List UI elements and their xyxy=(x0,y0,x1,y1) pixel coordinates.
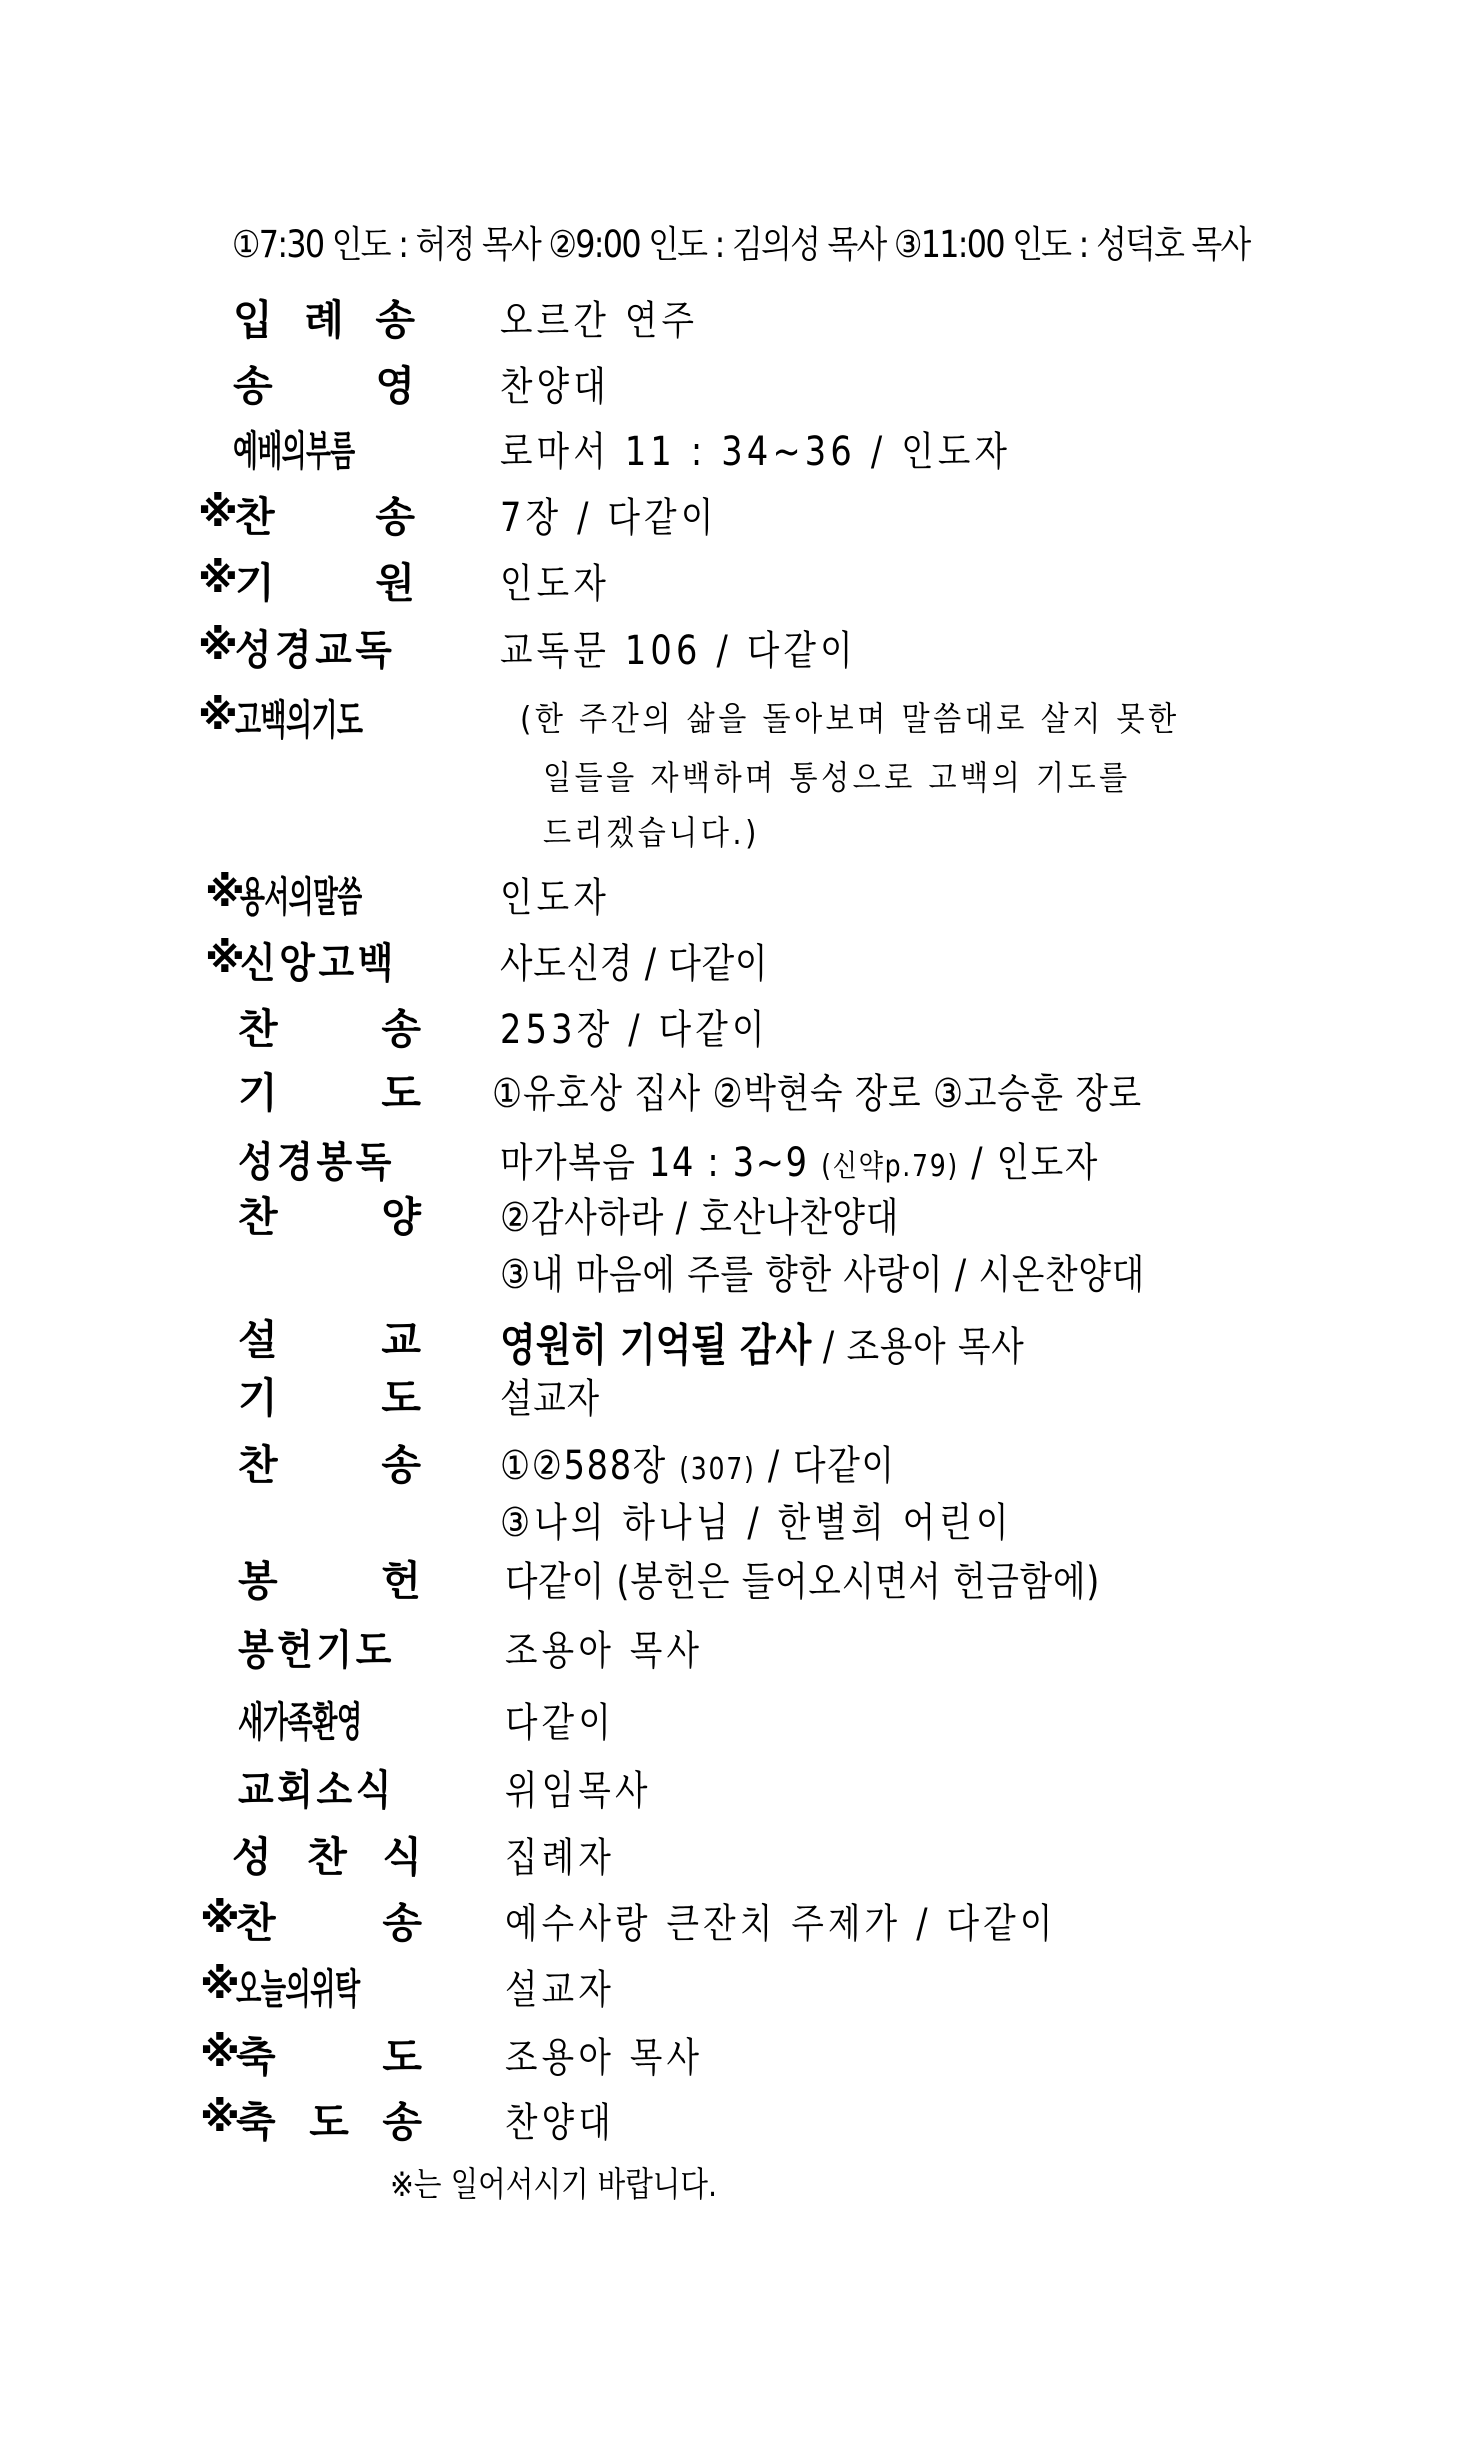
item-label: 봉 헌 xyxy=(238,1548,421,1607)
item-value: 조용아 목사 xyxy=(505,1619,703,1676)
item-value: 7장 / 다같이 xyxy=(500,486,717,543)
item-label: 고백의기도 xyxy=(235,687,362,746)
item-value: ①유호상 집사 ②박현숙 장로 ③고승훈 장로 xyxy=(492,1062,1142,1119)
item-label: 성 찬 식 xyxy=(232,1824,422,1883)
item-label: 설 교 xyxy=(238,1307,421,1366)
item-value: 교독문 106 / 다같이 xyxy=(500,619,857,676)
item-label: 찬 송 xyxy=(238,996,421,1055)
worship-item-prayer-of-confession: ※ 고백의기도 (한 주간의 삶을 돌아보며 말씀대로 살지 못한 xyxy=(0,681,1476,741)
worship-item-creed: ※ 신앙고백 사도신경 / 다같이 xyxy=(0,924,1476,984)
item-label: 교회소식 xyxy=(238,1757,395,1816)
worship-item-hymn: 찬 송 253장 / 다같이 xyxy=(0,990,1476,1050)
worship-item-hymn-after-sermon: 찬 송 ①②588장 (307) / 다같이 xyxy=(0,1426,1476,1486)
item-label: 기 도 xyxy=(238,1365,421,1424)
item-value: 인도자 xyxy=(500,552,610,609)
item-label: 봉헌기도 xyxy=(238,1617,395,1676)
item-value: 사도신경 / 다같이 xyxy=(500,932,768,989)
worship-item-responsive-reading: ※ 성경교독 교독문 106 / 다같이 xyxy=(0,611,1476,671)
item-value-continuation: ③나의 하나님 / 한별희 어린이 xyxy=(500,1491,1013,1548)
service-times-header: ①7:30 인도 : 허정 목사 ②9:00 인도 : 김의성 목사 ③11:0… xyxy=(232,214,1250,268)
worship-item-invocation: ※ 기 원 인도자 xyxy=(0,544,1476,604)
item-label: 찬 송 xyxy=(235,484,415,543)
item-value: 위임목사 xyxy=(505,1759,652,1816)
item-value: 설교자 xyxy=(500,1367,600,1424)
item-label: 찬 송 xyxy=(236,1890,422,1949)
item-value: 집례자 xyxy=(505,1826,615,1883)
worship-item-announcements: 교회소식 위임목사 xyxy=(0,1751,1476,1811)
standing-mark-icon: ※ xyxy=(198,488,238,536)
worship-item-call-to-worship: 예배의부름 로마서 11 : 34~36 / 인도자 xyxy=(0,412,1476,472)
worship-item-commission: ※ 오늘의위탁 설교자 xyxy=(0,1950,1476,2010)
standing-mark-icon: ※ xyxy=(200,2028,240,2076)
item-value: ②감사하라 / 호산나찬양대 xyxy=(500,1186,899,1243)
item-value: 로마서 11 : 34~36 / 인도자 xyxy=(500,420,1011,477)
worship-item-communion: 성 찬 식 집례자 xyxy=(0,1818,1476,1878)
item-value: (한 주간의 삶을 돌아보며 말씀대로 살지 못한 xyxy=(520,693,1180,740)
standing-mark-icon: ※ xyxy=(200,1960,240,2008)
worship-item-prayer-after-sermon: 기 도 설교자 xyxy=(0,1359,1476,1419)
item-value: 설교자 xyxy=(505,1958,615,2015)
worship-item-words-of-forgiveness: ※ 용서의말씀 인도자 xyxy=(0,858,1476,918)
worship-item-offering-prayer: 봉헌기도 조용아 목사 xyxy=(0,1611,1476,1671)
item-value: 253장 / 다같이 xyxy=(500,998,769,1055)
worship-item-doxology: 송 영 찬양대 xyxy=(0,347,1476,407)
item-value: 조용아 목사 xyxy=(505,2026,703,2083)
item-label: 용서의말씀 xyxy=(240,864,362,923)
standing-mark-icon: ※ xyxy=(198,691,238,739)
worship-item-benediction: ※ 축 도 조용아 목사 xyxy=(0,2018,1476,2078)
item-value: 인도자 xyxy=(500,866,610,923)
item-label: 오늘의위탁 xyxy=(236,1956,360,2015)
item-label: 기 도 xyxy=(238,1060,421,1119)
worship-item-closing-hymn: ※ 찬 송 예수사랑 큰잔치 주제가 / 다같이 xyxy=(0,1884,1476,1944)
standing-mark-icon: ※ xyxy=(200,1894,240,1942)
item-label: 축 도 xyxy=(236,2024,422,2083)
worship-item-hymn-standing: ※ 찬 송 7장 / 다같이 xyxy=(0,478,1476,538)
worship-item-processional: 입 례 송 오르간 연주 xyxy=(0,281,1476,341)
item-label: 기 원 xyxy=(235,550,415,609)
item-value: 예수사랑 큰잔치 주제가 / 다같이 xyxy=(505,1892,1057,1949)
worship-item-offering: 봉 헌 다같이 (봉헌은 들어오시면서 헌금함에) xyxy=(0,1542,1476,1602)
item-label: 찬 송 xyxy=(238,1432,421,1491)
item-value: 찬양대 xyxy=(505,2091,615,2148)
item-value: 다같이 (봉헌은 들어오시면서 헌금함에) xyxy=(505,1550,1100,1607)
worship-item-sermon: 설 교 영원히 기억될 감사 / 조용아 목사 xyxy=(0,1301,1476,1361)
item-value: ①②588장 (307) / 다같이 xyxy=(500,1434,896,1491)
worship-item-prayer: 기 도 ①유호상 집사 ②박현숙 장로 ③고승훈 장로 xyxy=(0,1054,1476,1114)
item-value-continuation: ③내 마음에 주를 향한 사랑이 / 시온찬양대 xyxy=(500,1243,1145,1300)
standing-mark-icon: ※ xyxy=(200,2093,240,2141)
standing-mark-icon: ※ xyxy=(205,934,245,982)
worship-item-benediction-song: ※ 축 도 송 찬양대 xyxy=(0,2083,1476,2143)
item-label: 신앙고백 xyxy=(240,930,397,989)
worship-item-anthem: 찬 양 ②감사하라 / 호산나찬양대 xyxy=(0,1178,1476,1238)
item-label: 축 도 송 xyxy=(236,2089,422,2148)
item-label: 새가족환영 xyxy=(238,1689,362,1748)
worship-item-scripture-reading: 성경봉독 마가복음 14 : 3~9 (신약p.79) / 인도자 xyxy=(0,1123,1476,1183)
item-label: 성경교독 xyxy=(235,617,395,676)
item-label: 예배의부름 xyxy=(233,418,355,477)
item-value-continuation: 일들을 자백하며 통성으로 고백의 기도를 xyxy=(543,752,1131,799)
item-label: 입 례 송 xyxy=(233,287,415,346)
standing-mark-icon: ※ xyxy=(205,868,245,916)
standing-mark-icon: ※ xyxy=(198,554,238,602)
item-value: 다같이 xyxy=(505,1691,615,1748)
item-label: 찬 양 xyxy=(238,1184,421,1243)
worship-item-new-family-welcome: 새가족환영 다같이 xyxy=(0,1683,1476,1743)
item-label: 송 영 xyxy=(233,353,415,412)
item-value-continuation: 드리겠습니다.) xyxy=(543,807,760,854)
standing-mark-icon: ※ xyxy=(198,621,238,669)
standing-footnote: ※는 일어서시기 바랍니다. xyxy=(390,2157,717,2206)
item-value: 찬양대 xyxy=(500,355,610,412)
item-value: 오르간 연주 xyxy=(500,289,698,346)
